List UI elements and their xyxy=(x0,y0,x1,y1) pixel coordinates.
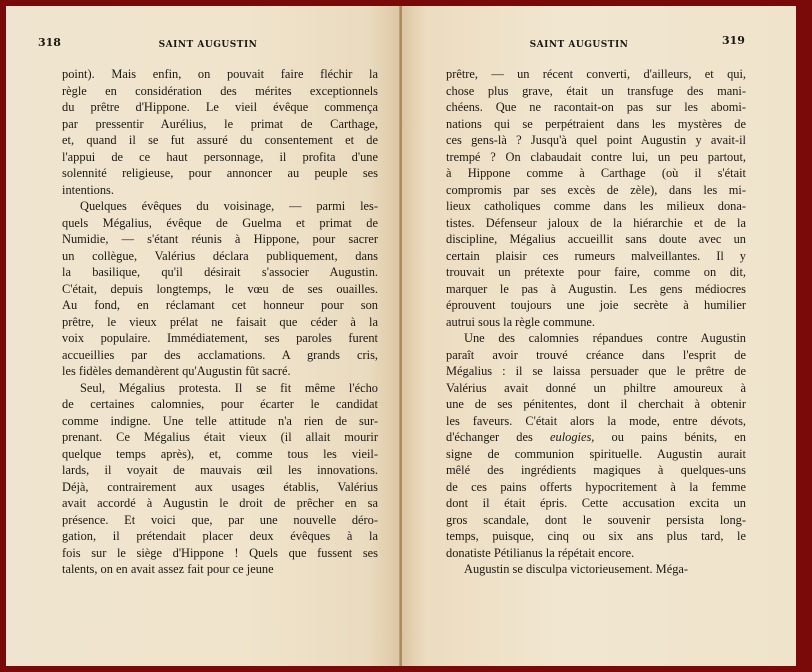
text-line: par pressentir Aurélius, le primat de Ca… xyxy=(62,116,378,133)
text-line: trouvait un prétexte pour faire, comme o… xyxy=(446,264,746,281)
text-line: la basilique, qu'il désirait s'associer … xyxy=(62,264,378,281)
text-line: éprouvent toujours une joie secrète à hu… xyxy=(446,297,746,314)
text-line: les faveurs. C'était alors la mode, entr… xyxy=(446,413,746,430)
text-line: Augustin se disculpa victorieusement. Mé… xyxy=(446,561,746,578)
text-line: avait accordé à Augustin le droit de prê… xyxy=(62,495,378,512)
text-line: lieux catholiques comme dans les milieux… xyxy=(446,198,746,215)
text-line: discipline, Mégalius accueillit sans dou… xyxy=(446,231,746,248)
text-line: voix populaire. Immédiatement, ses parol… xyxy=(62,330,378,347)
right-page-text: prêtre, — un récent converti, d'ailleurs… xyxy=(446,66,746,578)
text-line: certain plaisir ces rumeurs malveillante… xyxy=(446,248,746,265)
text-line: les fidèles demandèrent qu'Augustin fût … xyxy=(62,363,378,380)
text-line: dont il était épris. Cette accusation ex… xyxy=(446,495,746,512)
text-line: point). Mais enfin, on pouvait faire flé… xyxy=(62,66,378,83)
text-line: quelque temps après), et, comme tous les… xyxy=(62,446,378,463)
text-line: intentions. xyxy=(62,182,378,199)
page-number-right: 319 xyxy=(722,34,745,47)
text-line: Valérius avait donné un philtre amoureux… xyxy=(446,380,746,397)
text-line: mêlé des ingrédients magiques à quelques… xyxy=(446,462,746,479)
text-line: trempé ? On clabaudait contre lui, un pe… xyxy=(446,149,746,166)
text-line: paraît avoir trouvé créance dans l'espri… xyxy=(446,347,746,364)
running-head-left: SAINT AUGUSTIN xyxy=(6,40,400,50)
text-line: prêtre, — un récent converti, d'ailleurs… xyxy=(446,66,746,83)
text-line: Seul, Mégalius protesta. Il se fit même … xyxy=(62,380,378,397)
text-line: comme indigne. Une telle attitude n'a ri… xyxy=(62,413,378,430)
left-page-text: point). Mais enfin, on pouvait faire flé… xyxy=(62,66,378,578)
text-line: prenant. Ce Mégalius était vieux (il all… xyxy=(62,429,378,446)
text-line: Au fond, en réclamant cet honneur pour s… xyxy=(62,297,378,314)
text-line: à Hippone comme à Carthage (où il s'étai… xyxy=(446,165,746,182)
frame-edge xyxy=(796,6,806,666)
book-spread: 318 SAINT AUGUSTIN point). Mais enfin, o… xyxy=(6,6,806,666)
text-line: talents, on en avait assez fait pour ce … xyxy=(62,561,378,578)
text-line: compromis par ses excès de zèle), dans l… xyxy=(446,182,746,199)
text-line: quels Mégalius, évêque de Guelma et prim… xyxy=(62,215,378,232)
text-line: Une des calomnies répandues contre Augus… xyxy=(446,330,746,347)
text-line: lards, il voyait de mauvais œil les inno… xyxy=(62,462,378,479)
text-line: temps, puisque, cinq ou six ans plus tar… xyxy=(446,528,746,545)
text-line: autrui sous la règle commune. xyxy=(446,314,746,331)
right-page: SAINT AUGUSTIN 319 prêtre, — un récent c… xyxy=(402,6,796,666)
text-line: ces gens-là ? Jusqu'à quel point Augusti… xyxy=(446,132,746,149)
text-line: Mégalius : il se laissa persuader que le… xyxy=(446,363,746,380)
text-line: une de ses pénitentes, dont il cherchait… xyxy=(446,396,746,413)
left-page: 318 SAINT AUGUSTIN point). Mais enfin, o… xyxy=(6,6,400,666)
text-line: Numidie, — s'étant réunis à Hippone, pou… xyxy=(62,231,378,248)
text-line: de certaines calomnies, pour écarter le … xyxy=(62,396,378,413)
text-line: tistes. Défenseur jaloux de la hiérarchi… xyxy=(446,215,746,232)
text-line: donatiste Pétilianus la répétait encore. xyxy=(446,545,746,562)
text-line: règle en considération des mérites excep… xyxy=(62,83,378,100)
text-line: gros scandale, dont le souvenir persista… xyxy=(446,512,746,529)
text-line: accueillies par des acclamations. A gran… xyxy=(62,347,378,364)
text-line: prêtre, le vieux prélat ne faisait que c… xyxy=(62,314,378,331)
text-line: chose plus grave, était un transfuge des… xyxy=(446,83,746,100)
text-line: présence. Et voici que, par une nouvelle… xyxy=(62,512,378,529)
text-line: fois sur le siège d'Hippone ! Quels que … xyxy=(62,545,378,562)
text-line: Quelques évêques du voisinage, — parmi l… xyxy=(62,198,378,215)
text-line: du prêtre d'Hippone. Le vieil évêque com… xyxy=(62,99,378,116)
text-line: solennité religieuse, pour annoncer au p… xyxy=(62,165,378,182)
text-line: un collègue, Valérius déclara publiqueme… xyxy=(62,248,378,265)
text-line: d'échanger des eulogies, ou pains bénits… xyxy=(446,429,746,446)
text-line: signe de communion spirituelle. Augustin… xyxy=(446,446,746,463)
text-line: et, quand il se fut assuré du consenteme… xyxy=(62,132,378,149)
text-line: l'appui de ce haut personnage, il profit… xyxy=(62,149,378,166)
text-line: gation, il prétendait placer deux évêque… xyxy=(62,528,378,545)
text-line: nations qui se perpétraient dans les mys… xyxy=(446,116,746,133)
text-line: Déjà, contrairement aux usages établis, … xyxy=(62,479,378,496)
text-line: C'était, depuis longtemps, le vœu de ses… xyxy=(62,281,378,298)
text-line: de ces pains offerts hypocritement à la … xyxy=(446,479,746,496)
text-line: marquer le pas à Augustin. Les gens médi… xyxy=(446,281,746,298)
text-line: chéens. Que ne racontait-on pas sur les … xyxy=(446,99,746,116)
